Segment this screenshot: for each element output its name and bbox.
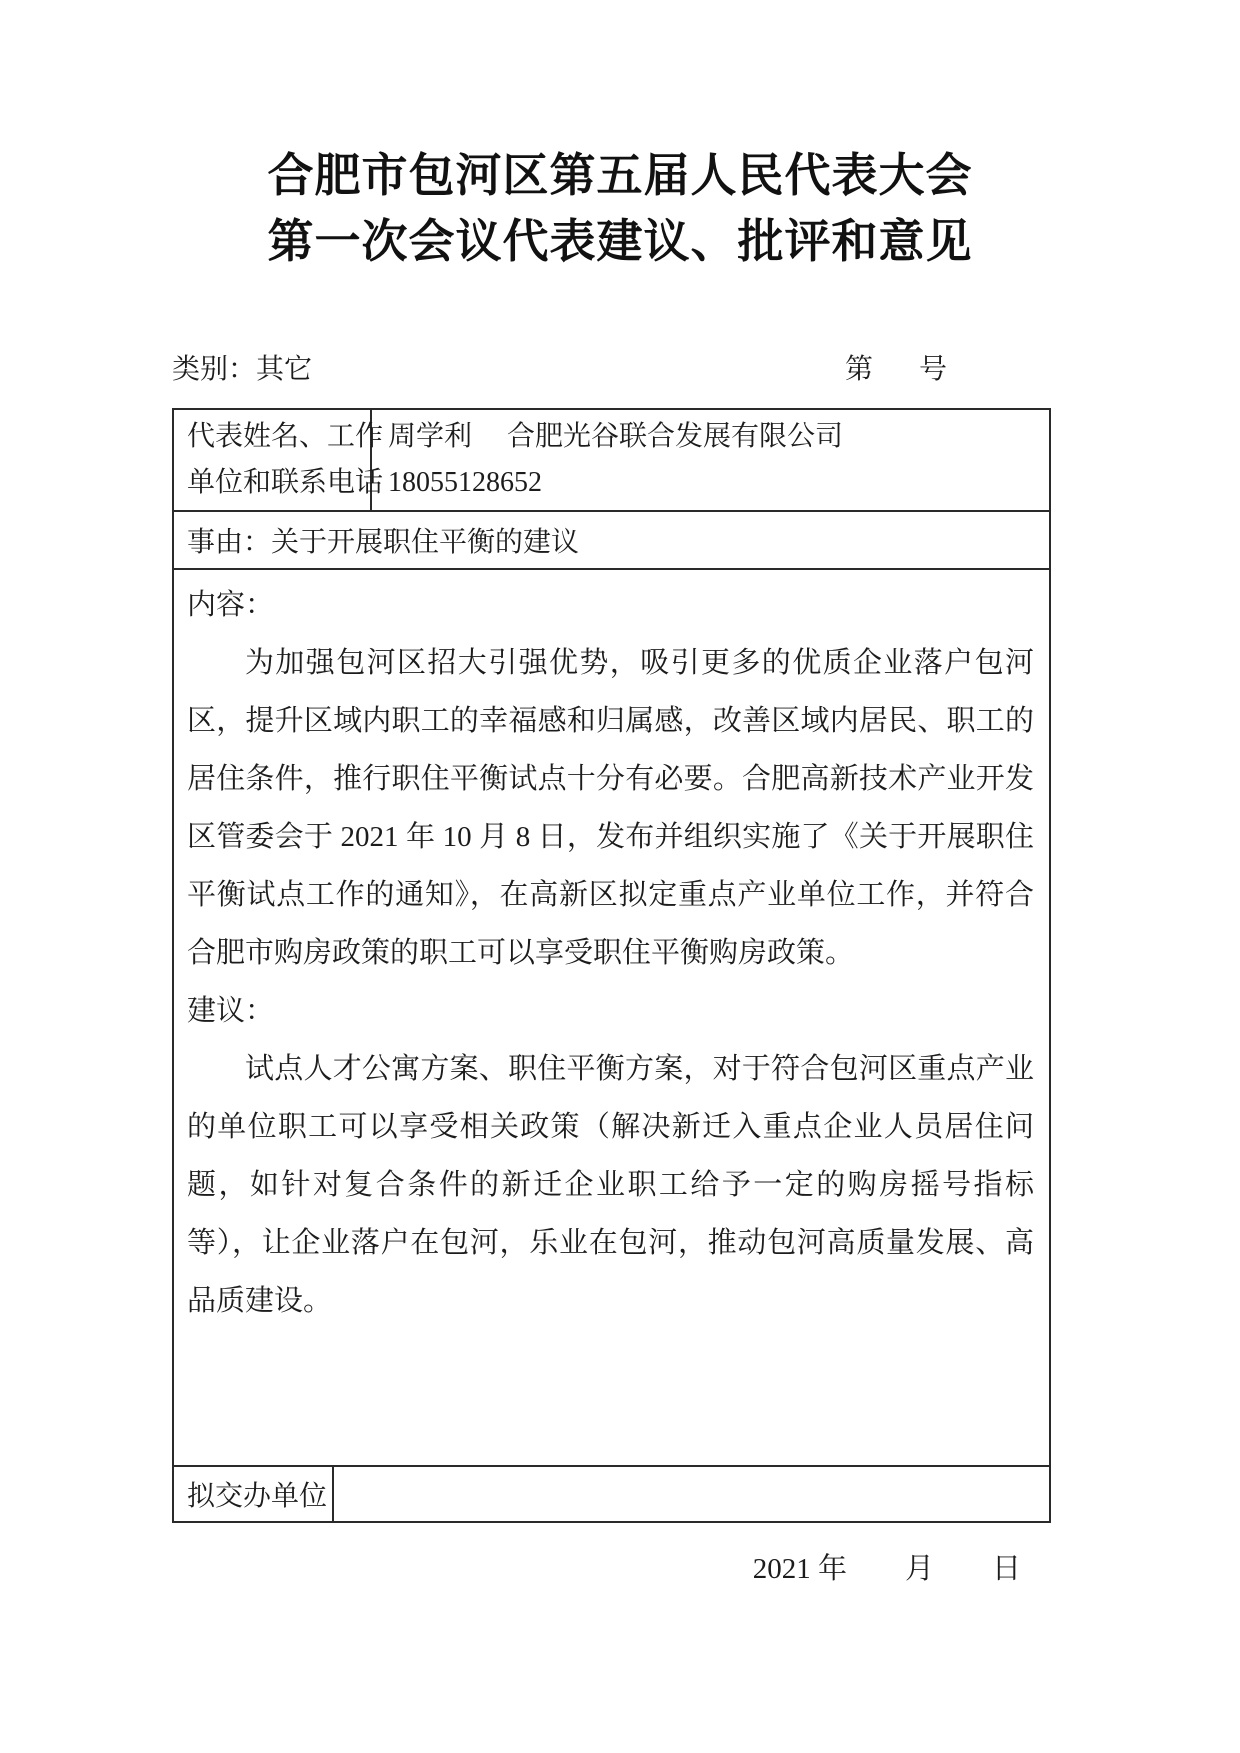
suggestion-label: 建议： [187, 982, 1034, 1040]
assign-unit-label: 拟交办单位 [174, 1467, 334, 1521]
representative-label-line1: 代表姓名、工作 [187, 414, 366, 460]
subject-row: 事由：关于开展职住平衡的建议 [174, 510, 1049, 568]
content-paragraph: 为加强包河区招大引强优势，吸引更多的优质企业落户包河区，提升区域内职工的幸福感和… [187, 634, 1034, 982]
meta-row: 类别：其它 第号 [172, 352, 1051, 388]
document-number: 第号 [845, 352, 1051, 388]
content-row: 内容： 为加强包河区招大引强优势，吸引更多的优质企业落户包河区，提升区域内职工的… [174, 568, 1049, 1465]
title-line-1: 合肥市包河区第五届人民代表大会 [0, 142, 1240, 208]
content-label: 内容： [187, 576, 1034, 634]
representative-phone: 18055128652 [388, 460, 1041, 506]
category-label: 类别：其它 [172, 352, 312, 388]
suggestion-paragraph: 试点人才公寓方案、职住平衡方案，对于符合包河区重点产业的单位职工可以享受相关政策… [187, 1040, 1034, 1330]
subject-text: 事由：关于开展职住平衡的建议 [174, 520, 1049, 560]
number-suffix: 号 [919, 354, 947, 385]
content-cell: 内容： 为加强包河区招大引强优势，吸引更多的优质企业落户包河区，提升区域内职工的… [174, 570, 1049, 1465]
title-line-2: 第一次会议代表建议、批评和意见 [0, 208, 1240, 274]
assign-unit-value-cell [334, 1467, 1049, 1521]
number-prefix: 第 [845, 354, 873, 385]
representative-name-and-company: 周学利 合肥光谷联合发展有限公司 [388, 414, 1041, 460]
representative-label-line2: 单位和联系电话 [187, 460, 366, 506]
assign-unit-row: 拟交办单位 [174, 1465, 1049, 1521]
representative-value-cell: 周学利 合肥光谷联合发展有限公司 18055128652 [372, 410, 1049, 510]
signature-date: 2021 年 月 日 [172, 1550, 1051, 1588]
document-page: 合肥市包河区第五届人民代表大会 第一次会议代表建议、批评和意见 类别：其它 第号… [0, 0, 1240, 1753]
proposal-table: 代表姓名、工作 单位和联系电话 周学利 合肥光谷联合发展有限公司 1805512… [172, 408, 1051, 1523]
document-title: 合肥市包河区第五届人民代表大会 第一次会议代表建议、批评和意见 [0, 142, 1240, 274]
representative-label-cell: 代表姓名、工作 单位和联系电话 [174, 410, 372, 510]
representative-row: 代表姓名、工作 单位和联系电话 周学利 合肥光谷联合发展有限公司 1805512… [174, 410, 1049, 510]
